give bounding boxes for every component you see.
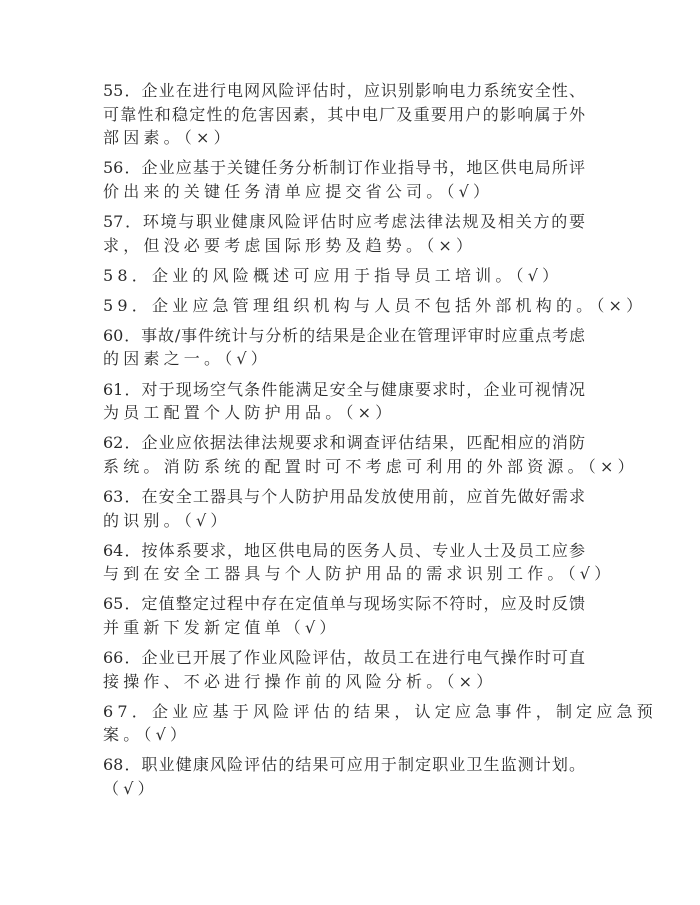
- document-page: 55．企业在进行电网风险评估时，应识别影响电力系统安全性、 可靠性和稳定性的危害…: [103, 79, 585, 807]
- question-line: 60．事故/事件统计与分析的结果是企业在管理评审时应重点考虑: [103, 324, 585, 348]
- question-55: 55．企业在进行电网风险评估时，应识别影响电力系统安全性、 可靠性和稳定性的危害…: [103, 79, 585, 150]
- question-63: 63．在安全工器具与个人防护用品发放使用前，应首先做好需求 的识别。（√）: [103, 485, 585, 532]
- question-56: 56．企业应基于关键任务分析制订作业指导书，地区供电局所评 价出来的关键任务清单…: [103, 156, 585, 203]
- question-57: 57．环境与职业健康风险评估时应考虑法律法规及相关方的要 求，但没必要考虑国际形…: [103, 210, 585, 257]
- question-62: 62．企业应依据法律法规要求和调查评估结果，匹配相应的消防 系统。消防系统的配置…: [103, 431, 585, 478]
- question-line: 55．企业在进行电网风险评估时，应识别影响电力系统安全性、: [103, 79, 585, 103]
- question-59: 59．企业应急管理组织机构与人员不包括外部机构的。（×）: [103, 294, 585, 318]
- question-line: 58．企业的风险概述可应用于指导员工培训。（√）: [103, 264, 585, 288]
- question-58: 58．企业的风险概述可应用于指导员工培训。（√）: [103, 264, 585, 288]
- question-line: 与到在安全工器具与个人防护用品的需求识别工作。（√）: [103, 562, 585, 586]
- question-67: 67．企业应基于风险评估的结果，认定应急事件，制定应急预 案。（√）: [103, 700, 585, 747]
- question-64: 64．按体系要求，地区供电局的医务人员、专业人士及员工应参 与到在安全工器具与个…: [103, 539, 585, 586]
- question-line: 可靠性和稳定性的危害因素，其中电厂及重要用户的影响属于外: [103, 103, 585, 127]
- question-line: 61．对于现场空气条件能满足安全与健康要求时，企业可视情况: [103, 378, 585, 402]
- question-61: 61．对于现场空气条件能满足安全与健康要求时，企业可视情况 为员工配置个人防护用…: [103, 378, 585, 425]
- question-line: 案。（√）: [103, 723, 585, 747]
- question-line: 接操作、不必进行操作前的风险分析。（×）: [103, 670, 585, 694]
- question-line: 的因素之一。（√）: [103, 347, 585, 371]
- question-line: 59．企业应急管理组织机构与人员不包括外部机构的。（×）: [103, 294, 585, 318]
- question-line: 系统。消防系统的配置时可不考虑可利用的外部资源。（×）: [103, 455, 585, 479]
- question-line: 66．企业已开展了作业风险评估，故员工在进行电气操作时可直: [103, 646, 585, 670]
- question-line: 64．按体系要求，地区供电局的医务人员、专业人士及员工应参: [103, 539, 585, 563]
- question-line: 部因素。（×）: [103, 126, 585, 150]
- question-65: 65．定值整定过程中存在定值单与现场实际不符时，应及时反馈 并重新下发新定值单（…: [103, 592, 585, 639]
- question-line: 的识别。（√）: [103, 509, 585, 533]
- question-66: 66．企业已开展了作业风险评估，故员工在进行电气操作时可直 接操作、不必进行操作…: [103, 646, 585, 693]
- question-line: 57．环境与职业健康风险评估时应考虑法律法规及相关方的要: [103, 210, 585, 234]
- question-60: 60．事故/事件统计与分析的结果是企业在管理评审时应重点考虑 的因素之一。（√）: [103, 324, 585, 371]
- question-line: 67．企业应基于风险评估的结果，认定应急事件，制定应急预: [103, 700, 585, 724]
- question-line: 63．在安全工器具与个人防护用品发放使用前，应首先做好需求: [103, 485, 585, 509]
- question-line: 62．企业应依据法律法规要求和调查评估结果，匹配相应的消防: [103, 431, 585, 455]
- question-line: 并重新下发新定值单（√）: [103, 616, 585, 640]
- question-line: 为员工配置个人防护用品。（×）: [103, 401, 585, 425]
- question-line: 56．企业应基于关键任务分析制订作业指导书，地区供电局所评: [103, 156, 585, 180]
- question-line: 价出来的关键任务清单应提交省公司。（√）: [103, 180, 585, 204]
- question-line: 68．职业健康风险评估的结果可应用于制定职业卫生监测计划。: [103, 753, 585, 777]
- question-line: 求，但没必要考虑国际形势及趋势。（×）: [103, 234, 585, 258]
- question-line: （√）: [103, 777, 585, 801]
- question-68: 68．职业健康风险评估的结果可应用于制定职业卫生监测计划。 （√）: [103, 753, 585, 800]
- question-line: 65．定值整定过程中存在定值单与现场实际不符时，应及时反馈: [103, 592, 585, 616]
